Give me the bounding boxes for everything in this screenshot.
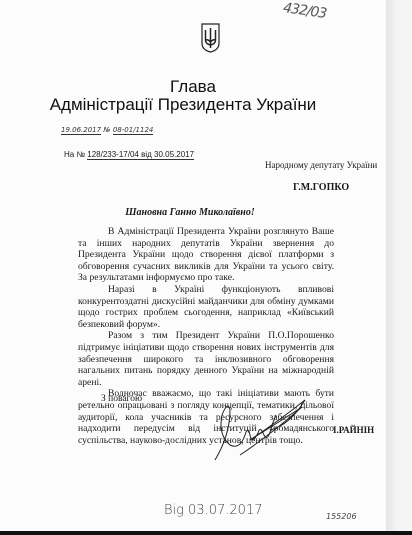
page-edge bbox=[386, 0, 412, 531]
trident-coat-of-arms-icon bbox=[201, 23, 220, 53]
received-date-note: Віg 03.07.2017 bbox=[164, 503, 263, 518]
paragraph: Разом з тим Президент України П.О.Пороше… bbox=[78, 330, 334, 388]
handwritten-registration-number: 432/03 bbox=[282, 0, 327, 22]
header-title: Глава bbox=[0, 77, 386, 97]
reference-line: На № 128/233-17/04 від 30.05.2017 bbox=[64, 150, 194, 159]
header-organization: Адміністрації Президента України bbox=[0, 95, 376, 115]
recipient-title: Народному депутату України bbox=[265, 160, 377, 170]
signer-name: І.РАЙНІН bbox=[333, 425, 374, 435]
outgoing-registration: 19.06.2017 № 08-01/1124 bbox=[61, 126, 153, 134]
signature bbox=[210, 395, 310, 465]
reference-value: 128/233-17/04 від 30.05.2017 bbox=[87, 150, 194, 160]
outgoing-no-label: № bbox=[103, 126, 110, 134]
outgoing-number: 08-01/1124 bbox=[113, 126, 154, 135]
recipient-name: Г.М.ГОПКО bbox=[293, 182, 349, 193]
reference-label: На № bbox=[64, 150, 85, 159]
greeting: Шановна Ганно Миколаївно! bbox=[0, 207, 380, 218]
paragraph: В Адміністрації Президента України розгл… bbox=[78, 226, 334, 284]
paragraph: Наразі в Україні функціонують впливові к… bbox=[78, 284, 334, 330]
letter-page: 432/03 Глава Адміністрації Президента Ук… bbox=[0, 0, 386, 531]
closing: З повагою bbox=[101, 394, 142, 404]
scan-border bbox=[0, 531, 412, 535]
outgoing-date: 19.06.2017 bbox=[61, 126, 101, 135]
incoming-number: 155206 bbox=[326, 512, 357, 521]
